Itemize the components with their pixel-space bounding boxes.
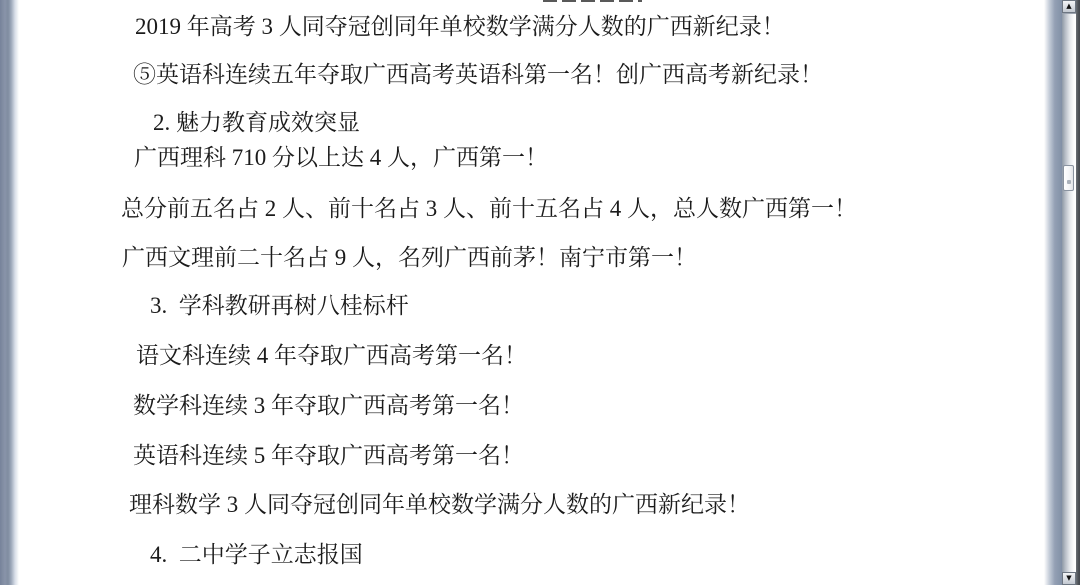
page-edge-right [1044,0,1062,585]
paragraph-line: 英语科连续 5 年夺取广西高考第一名！ [133,442,524,469]
scroll-up-button[interactable]: ▲ [1062,0,1076,13]
page-edge-left [0,0,20,585]
paragraph-line: 语文科连续 4 年夺取广西高考第一名！ [136,342,527,369]
paragraph-line: ⑤英语科连续五年夺取广西高考英语科第一名！创广西高考新纪录！ [133,61,823,88]
paragraph-line: 广西理科 710 分以上达 4 人，广西第一！ [134,144,548,171]
section-heading: 4. 二中学子立志报国 [150,541,363,568]
paragraph-line: 2019 年高考 3 人同夺冠创同年单校数学满分人数的广西新纪录！ [135,13,785,40]
scrollbar-thumb[interactable] [1063,165,1074,191]
arrow-up-icon: ▲ [1066,3,1071,10]
thumb-grip [1067,180,1071,184]
section-heading: 2. 魅力教育成效突显 [153,109,360,136]
arrow-down-icon: ▼ [1066,575,1071,582]
scroll-down-button[interactable]: ▼ [1062,572,1076,585]
scrollbar-track[interactable] [1062,13,1076,574]
paragraph-line: 总分前五名占 2 人、前十名占 3 人、前十五名占 4 人，总人数广西第一！ [121,195,857,222]
paragraph-line: 广西文理前二十名占 9 人，名列广西前茅！南宁市第一！ [122,244,697,271]
window-border [1076,0,1080,585]
paragraph-line: 理科数学 3 人同夺冠创同年单校数学满分人数的广西新纪录！ [129,491,750,518]
vertical-scrollbar[interactable]: ▲ ▼ [1062,0,1076,585]
paragraph-line: 数学科连续 3 年夺取广西高考第一名！ [133,392,524,419]
clipped-line-artifact [543,0,642,2]
document-viewer: 2019 年高考 3 人同夺冠创同年单校数学满分人数的广西新纪录！ ⑤英语科连续… [0,0,1080,585]
section-heading: 3. 学科教研再树八桂标杆 [150,292,409,319]
